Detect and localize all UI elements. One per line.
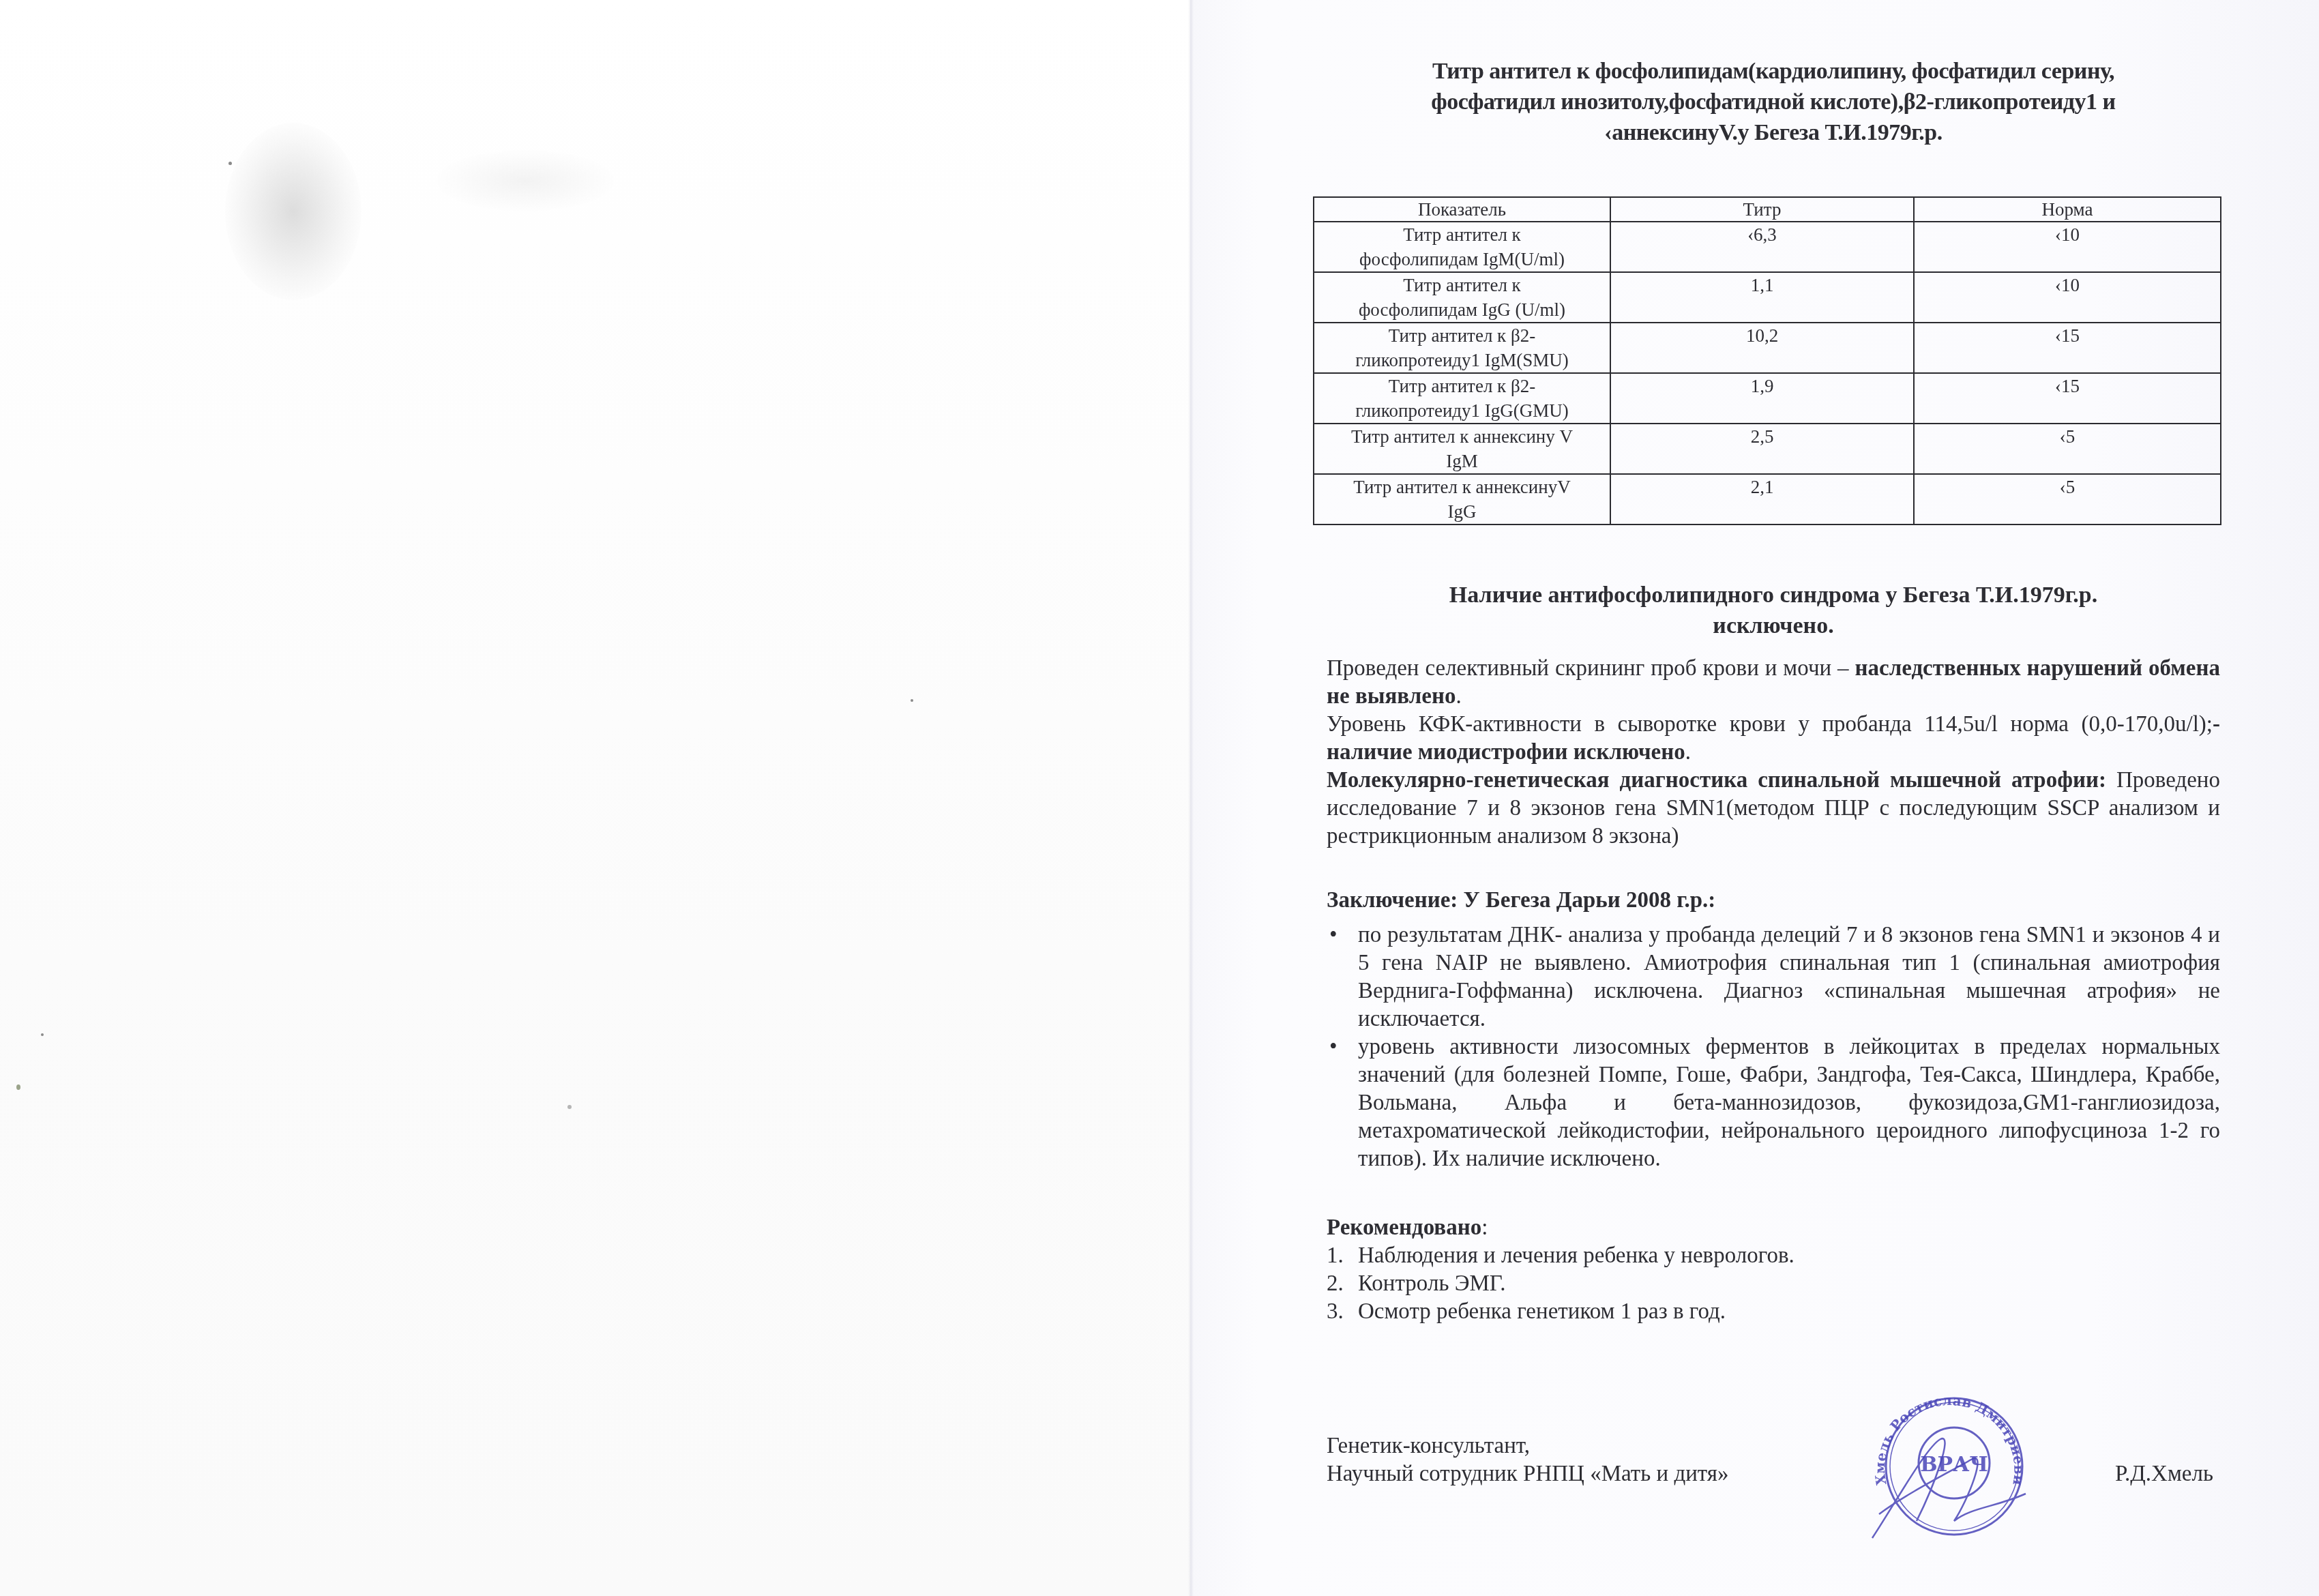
titer-cell: 2,5 bbox=[1610, 424, 1914, 474]
screening-paragraph: Проведен селективный скрининг проб крови… bbox=[1327, 655, 2220, 711]
indicator-line: Титр антител к bbox=[1317, 273, 1607, 297]
indicator-line: Титр антител к bbox=[1317, 222, 1607, 247]
aps-conclusion-line: Наличие антифосфолипидного синдрома у Бе… bbox=[1330, 580, 2217, 610]
indicator-line: IgM bbox=[1317, 449, 1607, 473]
titer-cell: ‹6,3 bbox=[1610, 222, 1914, 272]
indicator-cell: Титр антител к β2-гликопротеиду1 IgG(GMU… bbox=[1314, 373, 1610, 424]
summary-bullets: •по результатам ДНК- анализа у пробанда … bbox=[1327, 921, 2220, 1173]
sma-paragraph: Молекулярно-генетическая диагностика спи… bbox=[1327, 767, 2220, 851]
indicator-line: Титр антител к аннексину V bbox=[1317, 424, 1607, 449]
indicator-cell: Титр антител к аннексину VIgM bbox=[1314, 424, 1610, 474]
recommendation-item: 2.Контроль ЭМГ. bbox=[1327, 1270, 2220, 1298]
summary-bullet: •по результатам ДНК- анализа у пробанда … bbox=[1327, 921, 2220, 1033]
titer-cell: 10,2 bbox=[1610, 323, 1914, 373]
recommendation-number: 1. bbox=[1327, 1242, 1344, 1270]
indicator-line: Титр антител к β2- bbox=[1317, 374, 1607, 398]
recommendations-heading: Рекомендовано: bbox=[1327, 1214, 2220, 1242]
report-title: Титр антител к фосфолипидам(кардиолипину… bbox=[1330, 56, 2217, 148]
bullet-icon: • bbox=[1329, 921, 1338, 949]
signer-name: Р.Д.Хмель bbox=[2115, 1460, 2213, 1488]
table-body: Титр антител кфосфолипидам IgM(U/ml)‹6,3… bbox=[1314, 222, 2221, 524]
table-row: Титр антител к аннексину VIgM2,5‹5 bbox=[1314, 424, 2221, 474]
table-row: Титр антител к β2-гликопротеиду1 IgG(GMU… bbox=[1314, 373, 2221, 424]
header-indicator: Показатель bbox=[1314, 197, 1610, 222]
table-header-row: Показатель Титр Норма bbox=[1314, 197, 2221, 222]
recommendation-item: 1.Наблюдения и лечения ребенка у невроло… bbox=[1327, 1242, 2220, 1270]
recommendation-text: Контроль ЭМГ. bbox=[1358, 1271, 1505, 1296]
signer-organization: Научный сотрудник РНПЦ «Мать и дитя» bbox=[1327, 1460, 2227, 1488]
findings-section: Проведен селективный скрининг проб крови… bbox=[1327, 655, 2220, 851]
recommendation-text: Наблюдения и лечения ребенка у невролого… bbox=[1358, 1243, 1794, 1268]
recommendation-number: 3. bbox=[1327, 1298, 1344, 1326]
indicator-cell: Титр антител кфосфолипидам IgG (U/ml) bbox=[1314, 272, 1610, 323]
norm-cell: ‹15 bbox=[1914, 373, 2221, 424]
title-line: ‹аннексинуV.у Бегеза Т.И.1979г.р. bbox=[1330, 117, 2217, 148]
doctor-stamp-icon: Хмель Ростислав Дмитриевич ВРАЧ bbox=[1852, 1391, 2050, 1548]
indicator-line: Титр антител к аннексинуV bbox=[1317, 475, 1607, 499]
title-line: фосфатидил инозитолу,фосфатидной кислоте… bbox=[1330, 87, 2217, 117]
title-line: Титр антител к фосфолипидам(кардиолипину… bbox=[1330, 56, 2217, 87]
indicator-line: Титр антител к β2- bbox=[1317, 323, 1607, 348]
norm-cell: ‹5 bbox=[1914, 474, 2221, 524]
indicator-cell: Титр антител к аннексинуVIgG bbox=[1314, 474, 1610, 524]
summary-heading: Заключение: У Бегеза Дарьи 2008 г.р.: bbox=[1327, 887, 2220, 915]
indicator-line: фосфолипидам IgG (U/ml) bbox=[1317, 297, 1607, 322]
indicator-cell: Титр антител к β2-гликопротеиду1 IgM(SMU… bbox=[1314, 323, 1610, 373]
norm-cell: ‹10 bbox=[1914, 222, 2221, 272]
recommendation-text: Осмотр ребенка генетиком 1 раз в год. bbox=[1358, 1299, 1726, 1324]
indicator-line: фосфолипидам IgM(U/ml) bbox=[1317, 247, 1607, 271]
indicator-line: гликопротеиду1 IgM(SMU) bbox=[1317, 348, 1607, 372]
recommendations-list: 1.Наблюдения и лечения ребенка у невроло… bbox=[1327, 1242, 2220, 1326]
norm-cell: ‹10 bbox=[1914, 272, 2221, 323]
aps-conclusion: Наличие антифосфолипидного синдрома у Бе… bbox=[1330, 580, 2217, 641]
indicator-line: IgG bbox=[1317, 499, 1607, 524]
aps-conclusion-line: исключено. bbox=[1330, 610, 2217, 641]
medical-report: Титр антител к фосфолипидам(кардиолипину… bbox=[0, 0, 2319, 1596]
titer-cell: 2,1 bbox=[1610, 474, 1914, 524]
recommendation-item: 3.Осмотр ребенка генетиком 1 раз в год. bbox=[1327, 1298, 2220, 1326]
summary-section: Заключение: У Бегеза Дарьи 2008 г.р.: •п… bbox=[1327, 887, 2220, 1326]
bullet-icon: • bbox=[1329, 1033, 1338, 1061]
titer-cell: 1,1 bbox=[1610, 272, 1914, 323]
header-norm: Норма bbox=[1914, 197, 2221, 222]
svg-text:ВРАЧ: ВРАЧ bbox=[1920, 1453, 1988, 1477]
table-row: Титр антител кфосфолипидам IgM(U/ml)‹6,3… bbox=[1314, 222, 2221, 272]
indicator-line: гликопротеиду1 IgG(GMU) bbox=[1317, 398, 1607, 423]
titer-cell: 1,9 bbox=[1610, 373, 1914, 424]
table-row: Титр антител к β2-гликопротеиду1 IgM(SMU… bbox=[1314, 323, 2221, 373]
signature-block: Генетик-консультант, Научный сотрудник Р… bbox=[1327, 1432, 2227, 1488]
recommendation-number: 2. bbox=[1327, 1270, 1344, 1298]
table-row: Титр антител кфосфолипидам IgG (U/ml)1,1… bbox=[1314, 272, 2221, 323]
signer-role: Генетик-консультант, bbox=[1327, 1432, 2227, 1460]
norm-cell: ‹15 bbox=[1914, 323, 2221, 373]
indicator-cell: Титр антител кфосфолипидам IgM(U/ml) bbox=[1314, 222, 1610, 272]
table-row: Титр антител к аннексинуVIgG2,1‹5 bbox=[1314, 474, 2221, 524]
antibody-titer-table: Показатель Титр Норма Титр антител кфосф… bbox=[1313, 196, 2221, 525]
header-titer: Титр bbox=[1610, 197, 1914, 222]
summary-bullet: •уровень активности лизосомных ферментов… bbox=[1327, 1033, 2220, 1173]
norm-cell: ‹5 bbox=[1914, 424, 2221, 474]
ck-paragraph: Уровень КФК-активности в сыворотке крови… bbox=[1327, 711, 2220, 767]
